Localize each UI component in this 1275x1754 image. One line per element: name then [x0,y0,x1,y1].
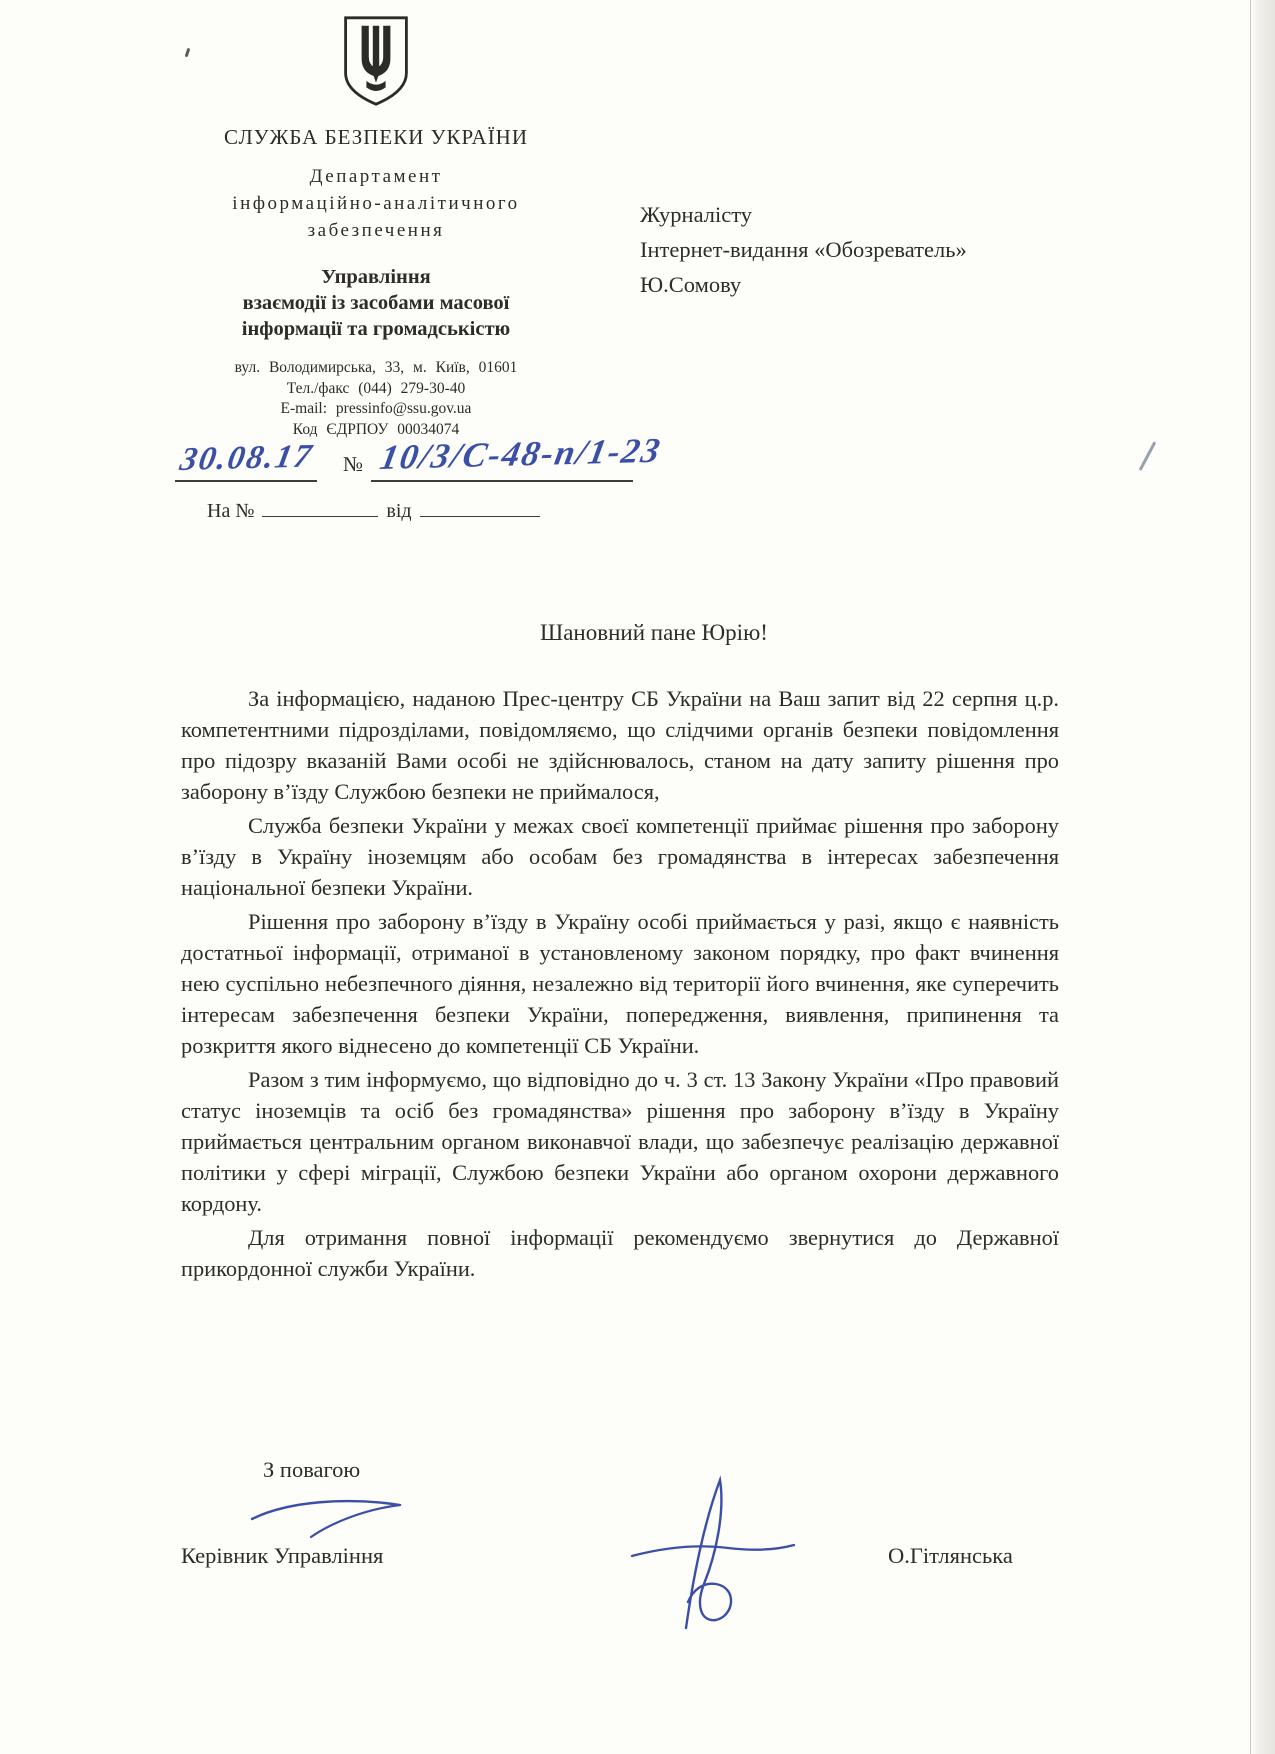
division-line: Управління [170,264,582,290]
recipient-line: Ю.Сомову [640,267,967,302]
division-name: Управління взаємодії із засобами масової… [170,264,582,342]
date-underline [175,480,317,482]
phone-line: Тел./факс (044) 279-30-40 [170,379,582,400]
letter-body: За інформацією, наданою Прес-центру СБ У… [181,683,1059,1287]
email-line: E-mail: pressinfo@ssu.gov.ua [170,399,582,420]
stray-pen-mark [1139,441,1156,470]
number-underline [371,480,633,482]
number-sign: № [343,452,363,477]
department-line: забезпечення [170,217,582,244]
organization-name: СЛУЖБА БЕЗПЕКИ УКРАЇНИ [170,125,582,150]
paragraph: Разом з тим інформуємо, що відповідно до… [181,1064,1059,1219]
reply-number-underline [262,498,378,517]
signer-name: О.Гітлянська [888,1543,1013,1569]
reply-date-underline [420,498,540,517]
reference-row: 30.08.17 № 10/3/С-48-п/1-23 [175,438,875,488]
handwritten-number: 10/3/С-48-п/1-23 [377,431,665,478]
salutation: Шановний пане Юрію! [540,620,768,646]
paragraph: За інформацією, наданою Прес-центру СБ У… [181,683,1059,807]
division-line: інформації та громадськістю [170,316,582,342]
recipient-line: Журналісту [640,197,967,232]
department-line: Департамент [170,163,582,190]
pen-flourish-mark [248,1492,418,1540]
valediction: З повагою [263,1457,360,1483]
signer-title: Керівник Управління [181,1543,383,1569]
scanned-letter-page: СЛУЖБА БЕЗПЕКИ УКРАЇНИ Департамент інфор… [0,0,1275,1754]
department-line: інформаційно-аналітичного [170,190,582,217]
reply-reference-row: На №від [207,498,540,523]
reply-date-label: від [386,500,411,522]
reply-to-label: На № [207,500,254,522]
handwritten-date: 30.08.17 [177,439,316,479]
paragraph: Служба безпеки України у межах своєї ком… [181,810,1059,903]
scan-edge-shadow [1250,0,1275,1754]
trident-emblem-icon [340,12,412,110]
paragraph: Для отримання повної інформації рекоменд… [181,1222,1059,1284]
paragraph: Рішення про заборону в’їзду в Україну ос… [181,906,1059,1061]
recipient-line: Інтернет-видання «Обозреватель» [640,232,967,267]
address-line: вул. Володимирська, 33, м. Київ, 01601 [170,358,582,379]
division-line: взаємодії із засобами масової [170,290,582,316]
handwritten-signature [628,1470,803,1638]
recipient-block: Журналісту Інтернет-видання «Обозревател… [640,197,967,302]
contact-block: вул. Володимирська, 33, м. Київ, 01601 Т… [170,358,582,440]
letterhead: СЛУЖБА БЕЗПЕКИ УКРАЇНИ Департамент інфор… [170,12,582,440]
department-name: Департамент інформаційно-аналітичного за… [170,163,582,244]
